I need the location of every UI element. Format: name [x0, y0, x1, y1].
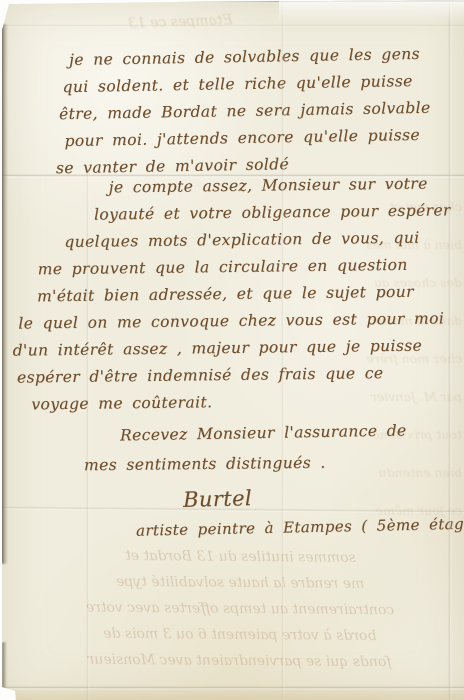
letter-line: voyage me coûterait. [31, 386, 453, 418]
bleedthrough-line: fonds qui se parviendraient avec Monsieu… [29, 646, 449, 676]
letter-line: d'un intérêt assez , majeur pour que je … [13, 332, 453, 364]
fold-crease-vertical-right [448, 0, 452, 700]
fold-crease-horizontal-top [0, 24, 464, 28]
bleedthrough-top-text: Etampes ce 13 [128, 12, 233, 32]
fold-crease-vertical-left [86, 170, 90, 700]
letter-scan: Etampes ce 13 chez moi et bien à moi mes… [0, 0, 464, 700]
letter-paper: Etampes ce 13 chez moi et bien à moi mes… [0, 0, 464, 700]
bleedthrough-line: me rendre la haute solvabilité type [30, 568, 450, 598]
fold-crease-vertical-middle [281, 0, 285, 700]
fold-crease-horizontal-upper [0, 174, 464, 178]
top-right-light-band [279, 0, 464, 23]
letter-paragraph-2: je compte assez, Monsieur sur votre loya… [9, 170, 454, 418]
torn-left-edge [1, 24, 8, 564]
signature-title-line: artiste peintre à Etampes ( 5ème étage ) [136, 514, 464, 539]
bleedthrough-line: bords à votre paiement 6 ou 3 mois de [30, 620, 450, 650]
bleedthrough-bottom-block: sommes inutiles du 13 Bordat et me rendr… [29, 542, 450, 676]
bottom-aged-strip [0, 684, 464, 700]
bleedthrough-line: bien entendu [310, 454, 462, 492]
torn-left-edge-mark [2, 642, 7, 688]
bleedthrough-line: contrairement au temps offertes avec vot… [30, 594, 450, 624]
bleedthrough-line: sommes inutiles du 13 Bordat et [30, 542, 450, 572]
letter-closing-line-2: mes sentiments distingués . [84, 454, 326, 475]
letter-paragraph-1: je ne connais de solvables que les gens … [54, 41, 432, 183]
